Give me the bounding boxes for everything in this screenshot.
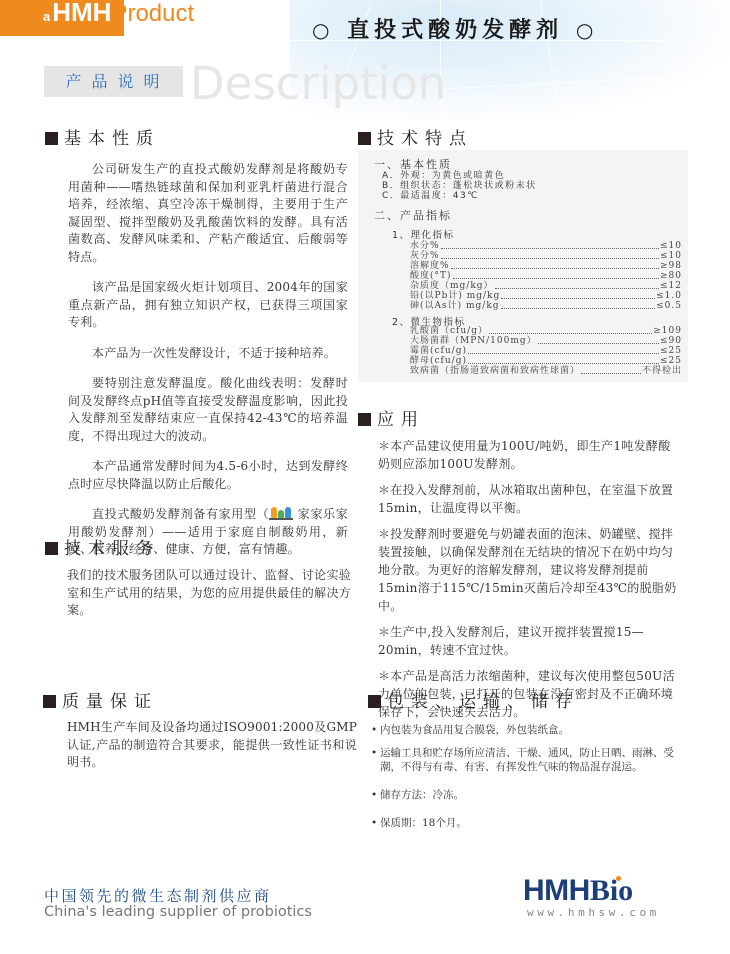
heading-quality: 质量保证 [43, 691, 158, 713]
square-bullet-icon [43, 695, 56, 708]
spec-row: 大肠菌群（MPN/100mg）≤90 [410, 336, 682, 346]
heading-application: 应用 [358, 409, 425, 431]
heading-text: 技术服务 [64, 539, 160, 559]
brand-prefix: a [43, 9, 50, 24]
spec-part2-title: 二、产品指标 [374, 207, 452, 223]
spec-row: 杂质度（mg/kg）≤12 [410, 281, 682, 291]
paragraph: 本产品通常发酵时间为4.5-6小时，达到发酵终点时应尽快降温以防止后酸化。 [68, 458, 348, 493]
list-item: 运输工具和贮存场所应清洁、干燥、通风，防止日晒、雨淋、受潮，不得与有毒、有害、有… [371, 746, 691, 774]
circle-icon: ○ [312, 18, 334, 42]
list-item: 保质期：18个月。 [371, 816, 691, 830]
spec-attribute: C．最适温度：43℃ [382, 191, 479, 201]
list-item: ＊投发酵剂时要避免与奶罐表面的泡沫、奶罐壁、搅拌装置接触，以确保发酵剂在无结块的… [378, 525, 680, 615]
spec-row: 酸度(°T)≥80 [410, 271, 682, 281]
footer-slogan-cn: 中国领先的微生态制剂供应商 [44, 885, 272, 906]
spec-row: 水分%≤10 [410, 241, 682, 251]
spec-row: 致病菌（指肠道致病菌和致病性球菌）不得检出 [410, 366, 682, 376]
paragraph: 该产品是国家级火炬计划项目、2004年的国家重点新产品，拥有独立知识产权，已获得… [68, 279, 348, 332]
packaging-list: 内包装为食品用复合膜袋，外包装纸盒。 运输工具和贮存场所应清洁、干燥、通风，防止… [371, 723, 691, 839]
tech-spec-box: 一、基本性质 A．外观：为黄色或暗黄色 B．组织状态：蓬松块状或粉末状 C．最适… [358, 150, 688, 382]
heading-tech-features: 技术特点 [358, 128, 473, 150]
circle-icon: ○ [576, 18, 598, 42]
heading-text: 基本性质 [64, 129, 160, 149]
square-bullet-icon [358, 413, 371, 426]
list-item: 储存方法：冷冻。 [371, 788, 691, 802]
spec-row: 酵母(cfu/g)≤25 [410, 356, 682, 366]
list-item: 内包装为食品用复合膜袋，外包装纸盒。 [371, 723, 691, 737]
heading-text: 质量保证 [62, 692, 158, 712]
heading-basic-properties: 基本性质 [45, 128, 160, 150]
product-title-text: 直投式酸奶发酵剂 [347, 18, 563, 43]
hmhbio-logo: HMHBio [523, 876, 633, 906]
brand-logo: aHMHProduct [43, 0, 194, 30]
logo-bio: Bio [590, 874, 633, 907]
list-item: ＊生产中,投入发酵剂后，建议开搅拌装置搅15—20min，转速不宜过快。 [378, 623, 680, 659]
tech-service-body: 我们的技术服务团队可以通过设计、监督、讨论实验室和生产试用的结果，为您的应用提供… [67, 567, 351, 633]
heading-text: 技术特点 [377, 129, 473, 149]
section-tab-en: Description [190, 54, 446, 114]
spec-row: 溶解度%≥98 [410, 261, 682, 271]
quality-body: HMH生产车间及设备均通过ISO9001:2000及GMP认证,产品的制造符合其… [67, 719, 357, 785]
family-logo-icon [269, 506, 293, 520]
basic-properties-body: 公司研发生产的直投式酸奶发酵剂是将酸奶专用菌种——嗜热链球菌和保加利亚乳杆菌进行… [68, 161, 348, 572]
square-bullet-icon [368, 695, 381, 708]
spec-attribute: A．外观：为黄色或暗黄色 [382, 171, 505, 181]
spec-row: 灰分%≤10 [410, 251, 682, 261]
list-item: ＊在投入发酵剂前，从冰箱取出菌种包，在室温下放置15min，让温度得以平衡。 [378, 481, 680, 517]
section-tab: 产品说明 [44, 66, 183, 97]
paragraph: 本产品为一次性发酵设计，不适于接种培养。 [68, 345, 348, 363]
spec-row: 砷(以As计) mg/kg≤0.5 [410, 301, 682, 311]
logo-url: www.hmhsw.com [527, 906, 660, 919]
logo-main: HMH [523, 874, 590, 907]
square-bullet-icon [45, 542, 58, 555]
heading-text: 应用 [377, 410, 425, 430]
logo-dot-icon [616, 876, 621, 881]
product-title: ○ 直投式酸奶发酵剂 ○ [312, 12, 598, 48]
spec-physchem-title: 1、理化指标 [392, 227, 455, 241]
footer-slogan-en: China's leading supplier of probiotics [44, 904, 312, 920]
square-bullet-icon [358, 132, 371, 145]
paragraph: 要特别注意发酵温度。酸化曲线表明：发酵时间及发酵终点pH值等直接受发酵温度影响，… [68, 375, 348, 445]
paragraph: 我们的技术服务团队可以通过设计、监督、讨论实验室和生产试用的结果，为您的应用提供… [67, 567, 351, 620]
spec-part1-title: 一、基本性质 [374, 156, 452, 172]
paragraph: 公司研发生产的直投式酸奶发酵剂是将酸奶专用菌种——嗜热链球菌和保加利亚乳杆菌进行… [68, 161, 348, 266]
text: 直投式酸奶发酵剂备有家用型（ [92, 507, 269, 521]
paragraph: HMH生产车间及设备均通过ISO9001:2000及GMP认证,产品的制造符合其… [67, 719, 357, 772]
spec-row: 乳酸菌（cfu/g）≥109 [410, 326, 682, 336]
heading-packaging: 包装、运输、储存 [368, 691, 579, 713]
spec-row: 霉菌(cfu/g)≤25 [410, 346, 682, 356]
brand-name: HMH [52, 0, 111, 27]
application-list: ＊本产品建议使用量为100U/吨奶，即生产1吨发酵酸奶则应添加100U发酵剂。 … [378, 437, 680, 729]
heading-tech-service: 技术服务 [45, 538, 160, 560]
heading-text: 包装、运输、储存 [387, 692, 579, 712]
list-item: ＊本产品建议使用量为100U/吨奶，即生产1吨发酵酸奶则应添加100U发酵剂。 [378, 437, 680, 473]
spec-row: 铅(以Pb计) mg/kg≤1.0 [410, 291, 682, 301]
spec-attribute: B．组织状态：蓬松块状或粉末状 [382, 181, 537, 191]
square-bullet-icon [45, 132, 58, 145]
brand-suffix: Product [111, 0, 194, 27]
